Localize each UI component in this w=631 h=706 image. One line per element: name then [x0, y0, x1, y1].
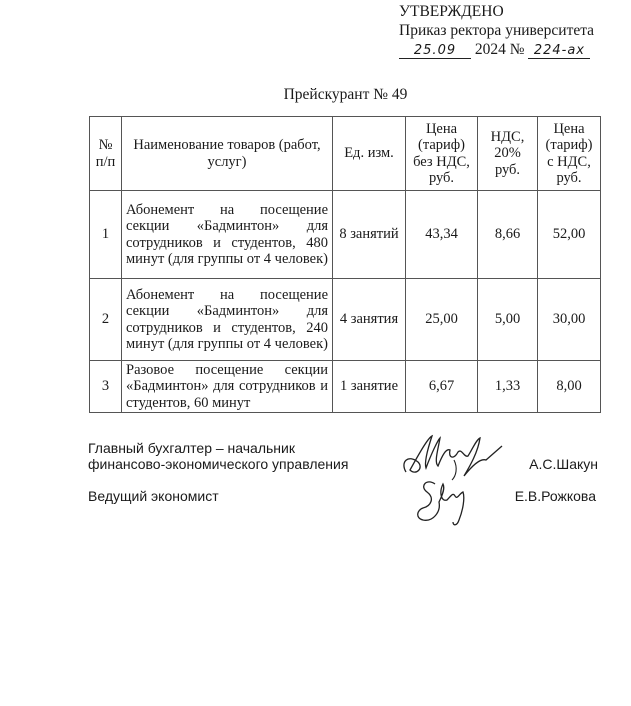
signatory-role: Ведущий экономист	[88, 488, 219, 504]
header-vat: НДС, 20% руб.	[478, 117, 538, 191]
header-price-no-vat: Цена (тариф) без НДС, руб.	[406, 117, 478, 191]
approval-year: 2024 №	[475, 41, 525, 58]
cell-price-with-vat: 30,00	[538, 279, 601, 361]
table-row: 2 Абонемент на посещение секции «Бадминт…	[90, 279, 601, 361]
cell-price-no-vat: 25,00	[406, 279, 478, 361]
cell-price-with-vat: 8,00	[538, 361, 601, 413]
cell-name: Абонемент на посещение секции «Бадминтон…	[122, 279, 333, 361]
cell-vat: 1,33	[478, 361, 538, 413]
signatory-role: Главный бухгалтер – начальник финансово-…	[88, 440, 348, 472]
cell-vat: 8,66	[478, 191, 538, 279]
cell-number: 1	[90, 191, 122, 279]
handwritten-signature-icon	[413, 474, 483, 530]
header-price-with-vat: Цена (тариф) с НДС, руб.	[538, 117, 601, 191]
table-row: 3 Разовое посещение секции «Бадминтон» д…	[90, 361, 601, 413]
cell-name: Разовое посещение секции «Бадминтон» для…	[122, 361, 333, 413]
signature-row-chief-accountant: Главный бухгалтер – начальник финансово-…	[88, 440, 608, 488]
table-header-row: № п/п Наименование товаров (работ, услуг…	[90, 117, 601, 191]
cell-price-no-vat: 6,67	[406, 361, 478, 413]
cell-name: Абонемент на посещение секции «Бадминтон…	[122, 191, 333, 279]
price-table: № п/п Наименование товаров (работ, услуг…	[89, 116, 601, 413]
cell-unit: 1 занятие	[333, 361, 406, 413]
approval-block: УТВЕРЖДЕНО Приказ ректора университета 2…	[399, 2, 594, 59]
document-title: Прейскурант № 49	[0, 86, 631, 104]
cell-unit: 8 занятий	[333, 191, 406, 279]
cell-vat: 5,00	[478, 279, 538, 361]
cell-price-with-vat: 52,00	[538, 191, 601, 279]
cell-number: 3	[90, 361, 122, 413]
cell-number: 2	[90, 279, 122, 361]
handwritten-date: 25.09	[399, 43, 471, 59]
cell-unit: 4 занятия	[333, 279, 406, 361]
header-number: № п/п	[90, 117, 122, 191]
approval-heading: УТВЕРЖДЕНО	[399, 2, 594, 21]
signatory-name: Е.В.Рожкова	[515, 488, 596, 504]
approval-date-line: 25.09 2024 № 224-ах	[399, 40, 594, 59]
handwritten-order-number: 224-ах	[528, 43, 590, 59]
table-row: 1 Абонемент на посещение секции «Бадминт…	[90, 191, 601, 279]
cell-price-no-vat: 43,34	[406, 191, 478, 279]
approval-order-line: Приказ ректора университета	[399, 21, 594, 40]
signature-block: Главный бухгалтер – начальник финансово-…	[88, 440, 608, 488]
signatory-name: А.С.Шакун	[529, 456, 598, 472]
header-name: Наименование товаров (работ, услуг)	[122, 117, 333, 191]
header-unit: Ед. изм.	[333, 117, 406, 191]
